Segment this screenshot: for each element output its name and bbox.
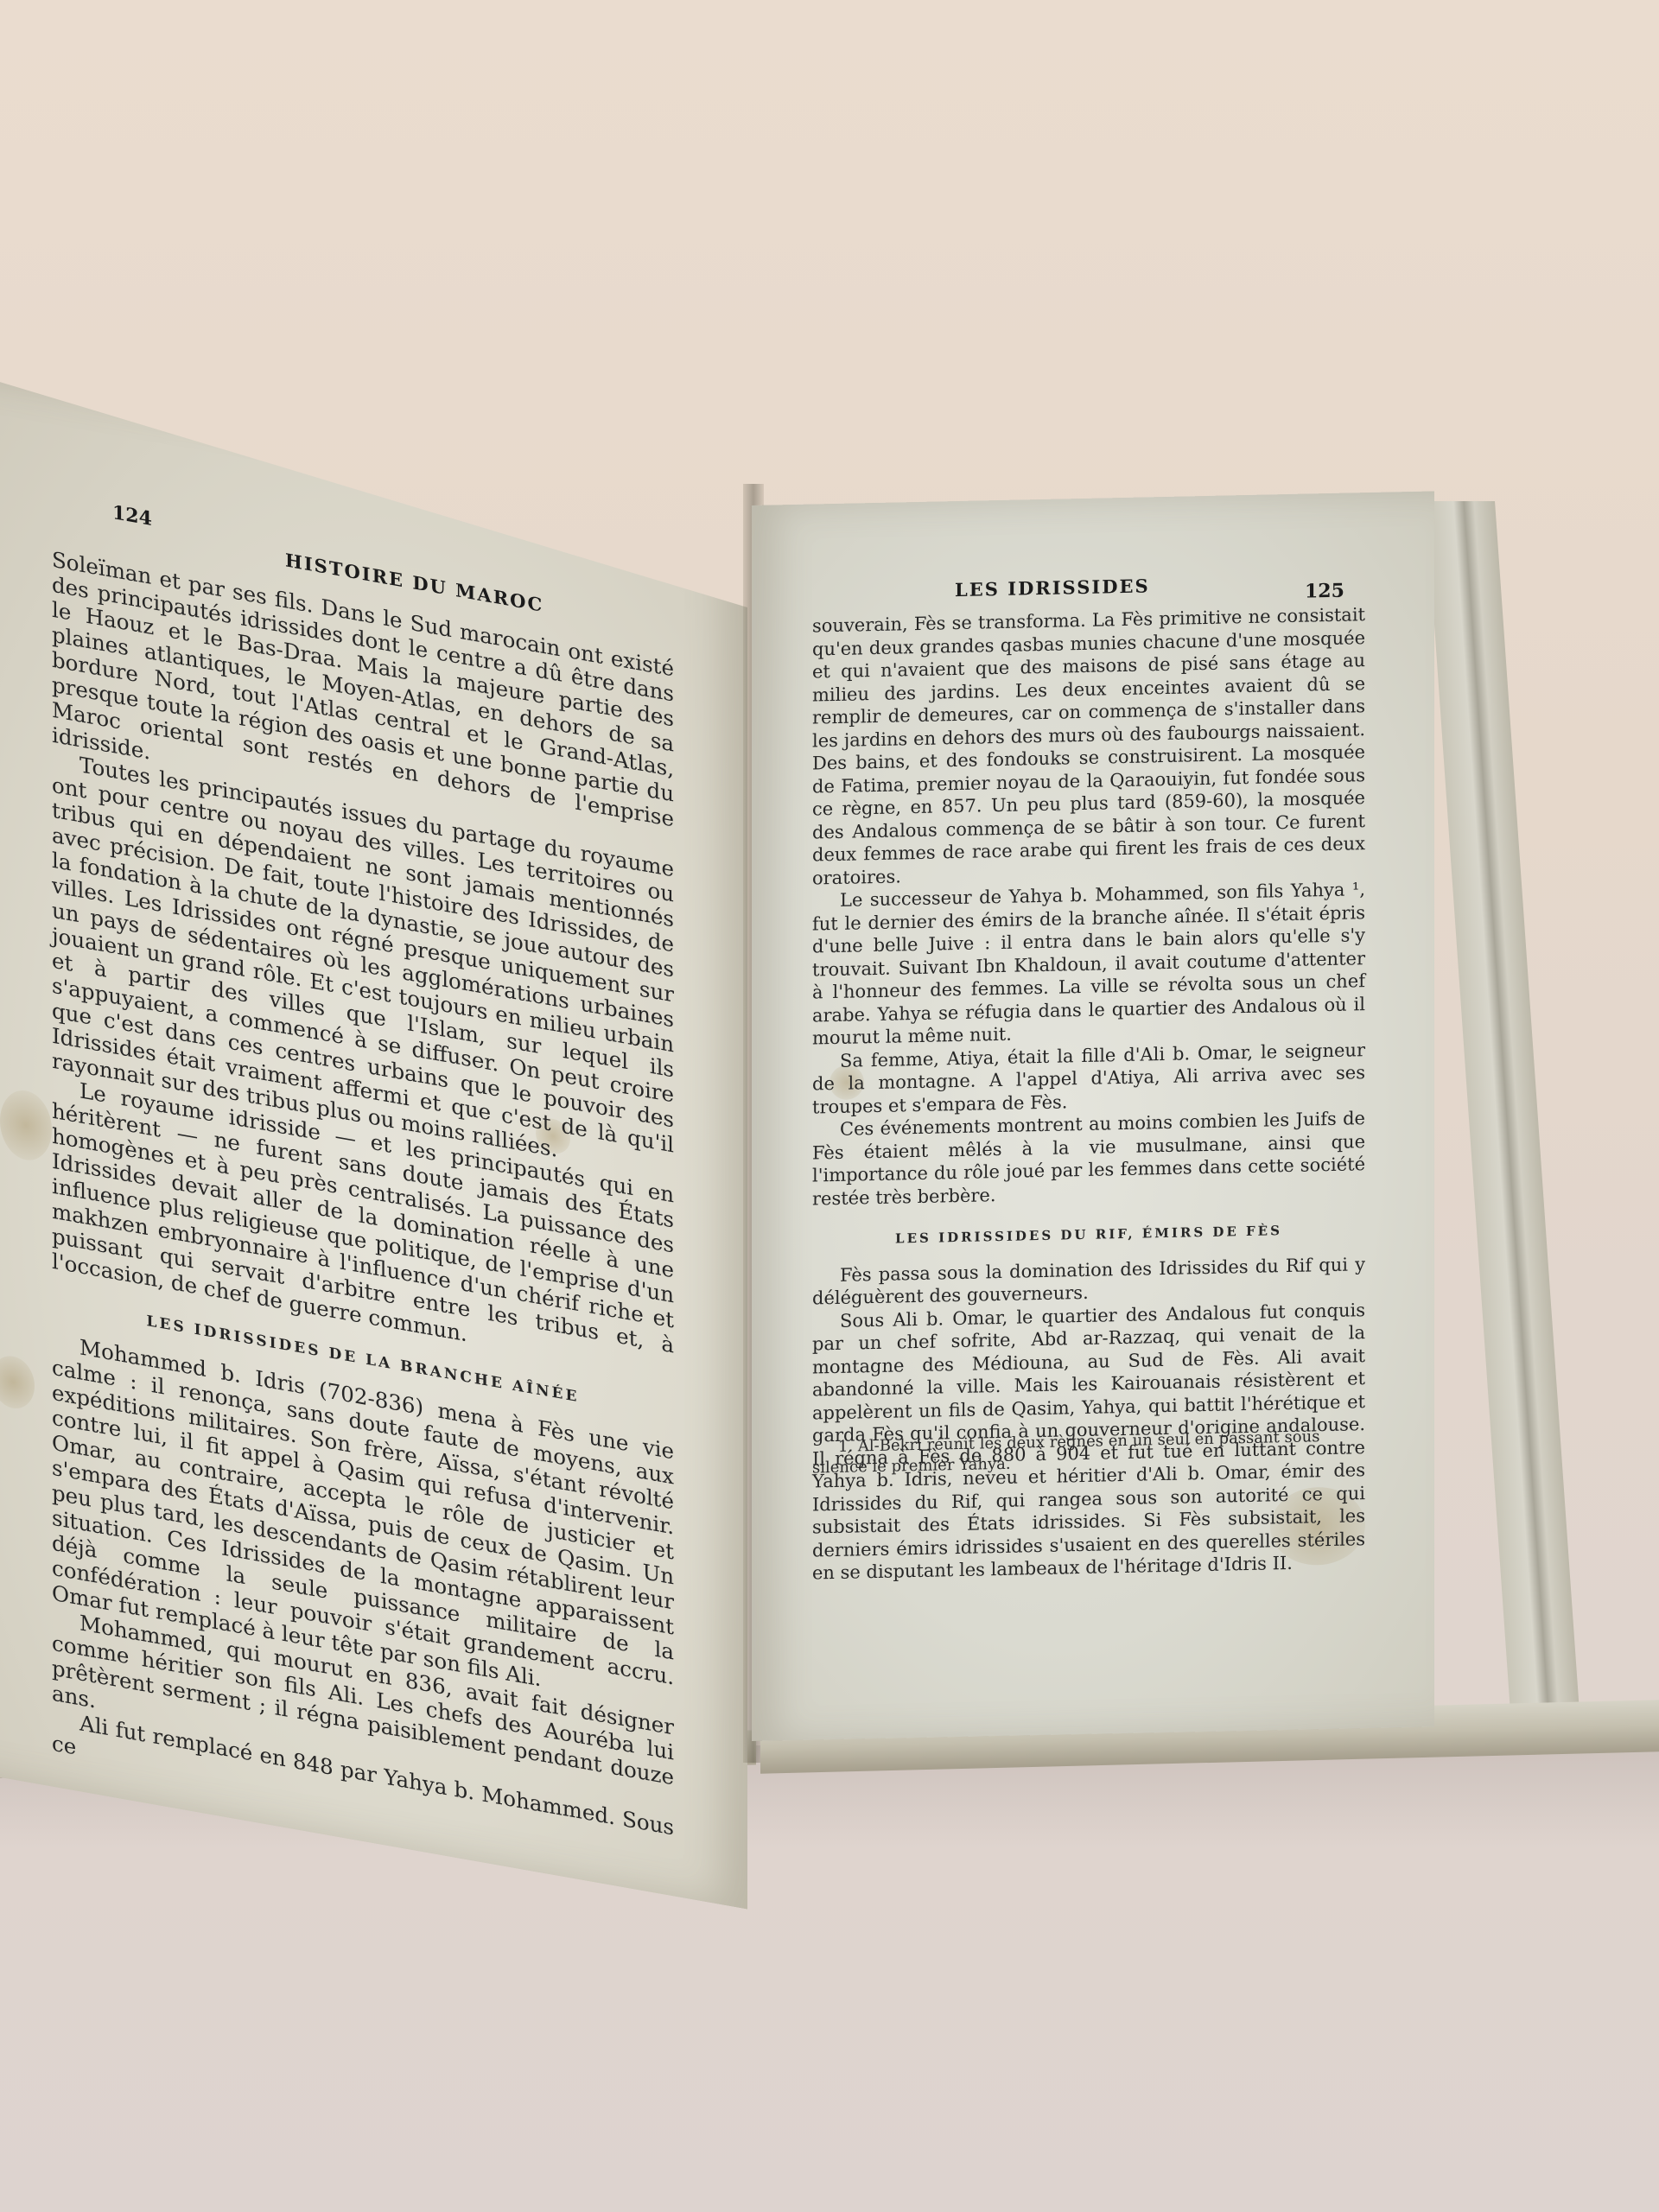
left-page: 124 HISTOIRE DU MAROC Soleïman et par se… — [0, 372, 747, 1910]
right-page: LES IDRISSIDES 125 souverain, Fès se tra… — [752, 491, 1434, 1741]
paragraph: Ces événements montrent au moins combien… — [812, 1107, 1365, 1210]
running-head-right: LES IDRISSIDES — [955, 575, 1150, 601]
paragraph: souverain, Fès se transforma. La Fès pri… — [812, 603, 1365, 889]
right-page-stack-edge — [1426, 501, 1581, 1737]
paragraph: Le successeur de Yahya b. Mohammed, son … — [812, 878, 1365, 1050]
section-title: LES IDRISSIDES DU RIF, ÉMIRS DE FÈS — [812, 1217, 1365, 1252]
foxing-stain — [0, 1352, 35, 1412]
page-number-right: 125 — [1305, 580, 1344, 603]
paragraph: Sa femme, Atiya, était la fille d'Ali b.… — [812, 1039, 1365, 1119]
page-number-left: 124 — [112, 501, 152, 531]
foxing-stain — [0, 1086, 52, 1165]
left-page-body: Soleïman et par ses fils. Dans le Sud ma… — [52, 547, 674, 1866]
photo-scene: 124 HISTOIRE DU MAROC Soleïman et par se… — [0, 0, 1659, 2212]
